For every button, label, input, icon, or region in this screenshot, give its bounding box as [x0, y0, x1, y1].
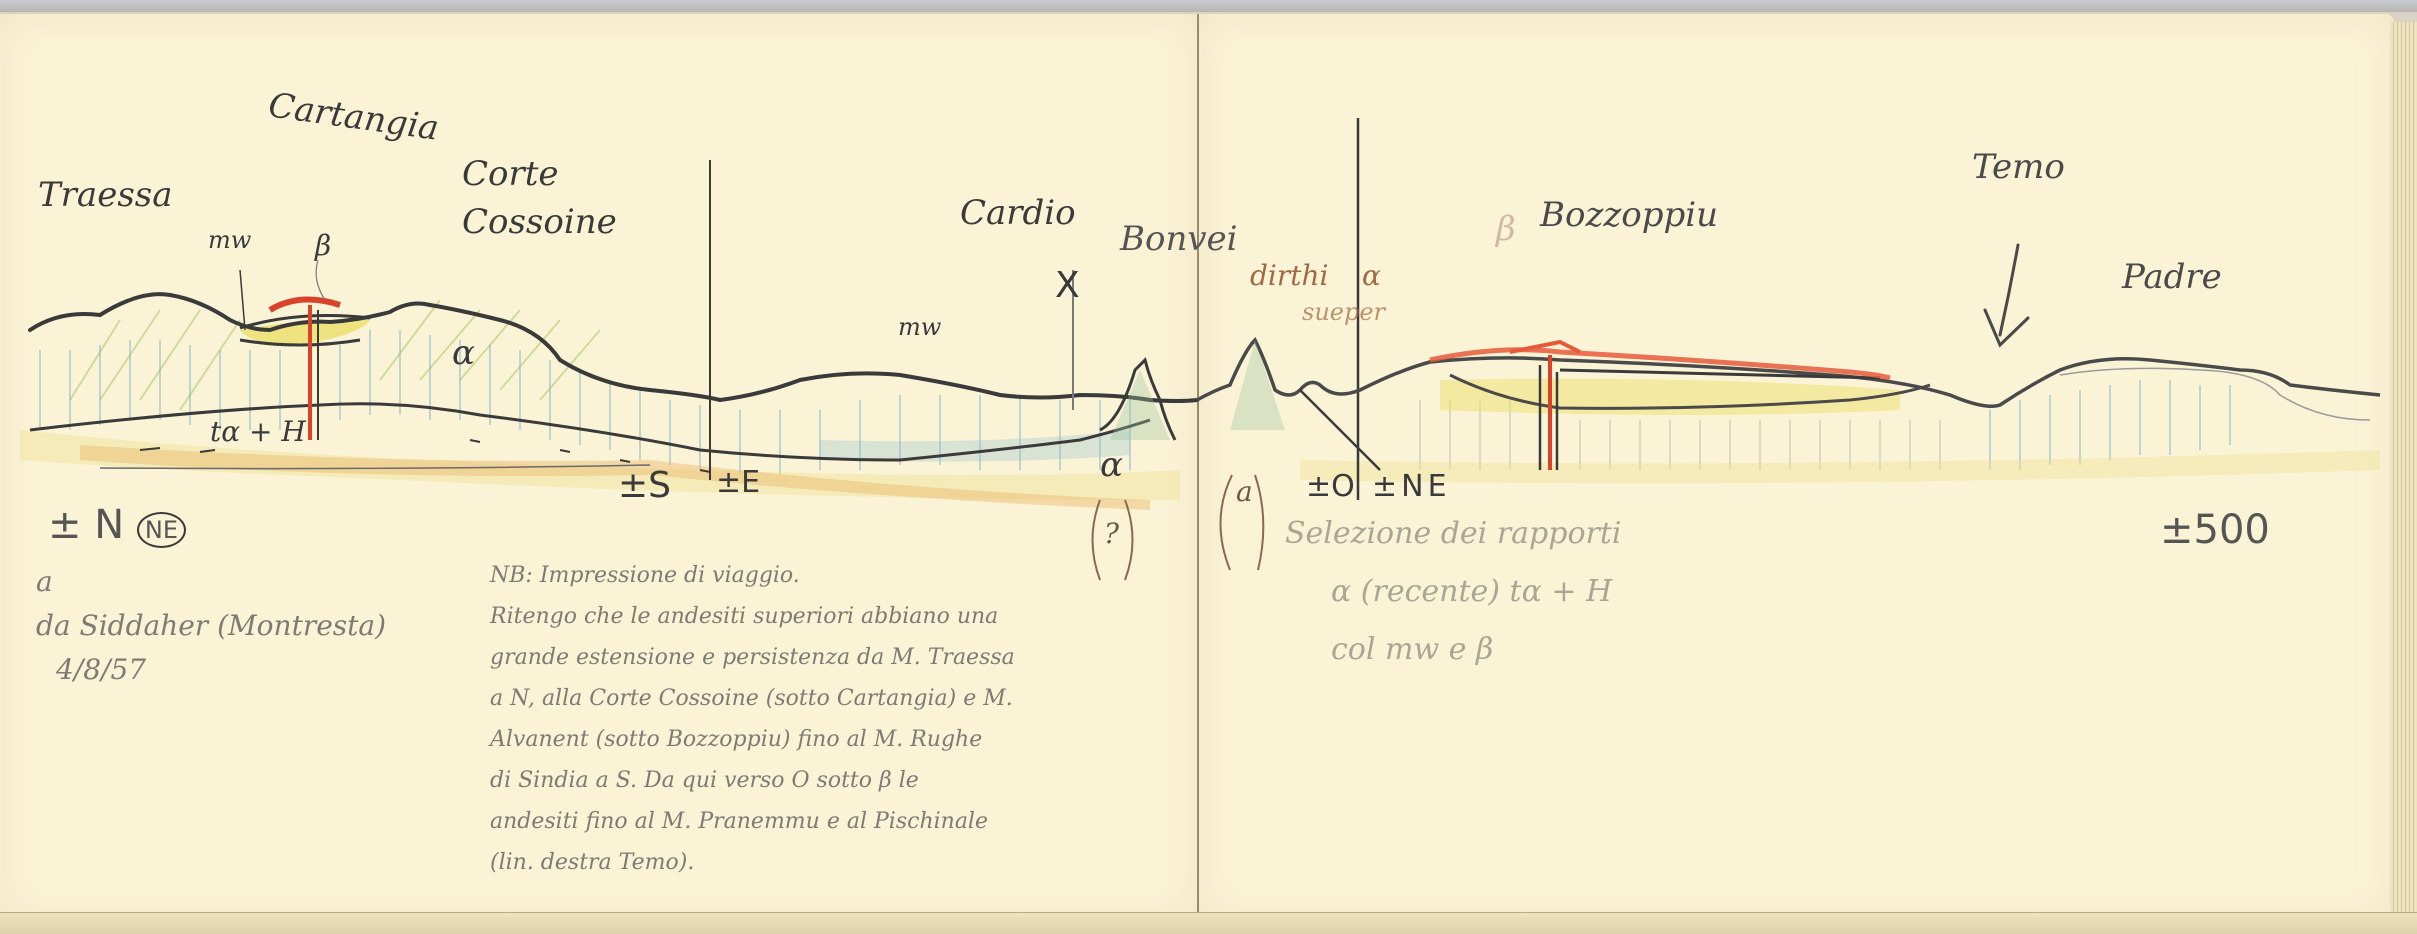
label-cardio: Cardio — [960, 196, 1076, 230]
label-mw: mw — [208, 228, 251, 252]
label-beta: β — [315, 232, 331, 260]
label-sueper: sueper — [1302, 300, 1385, 324]
label-pm-ne: ±NE — [1372, 472, 1451, 502]
nb-note-line: a N, alla Corte Cossoine (sotto Cartangi… — [490, 678, 1015, 719]
direction-circled: NE — [137, 512, 186, 548]
panorama-sketch — [0, 0, 2417, 934]
label-padre: Padre — [2122, 260, 2222, 294]
label-temo: Temo — [1972, 150, 2065, 184]
skyline-left — [30, 294, 1197, 401]
nb-note-line: grande estensione e persistenza da M. Tr… — [490, 637, 1015, 678]
red-cap-left — [270, 300, 340, 310]
nb-note-line: (lin. destra Temo). — [490, 842, 1015, 883]
nb-note-line: NB: Impressione di viaggio. — [490, 555, 1015, 596]
nb-note-line: andesiti fino al M. Pranemmu e al Pischi… — [490, 801, 1015, 842]
dirthi-pinnacle-wash — [1230, 340, 1285, 430]
label-alpha-slope: α — [452, 336, 475, 370]
nb-note-line: Ritengo che le andesiti superiori abbian… — [490, 596, 1015, 637]
blue-wash-center — [820, 430, 1130, 462]
label-question: ? — [1104, 520, 1119, 548]
location-note: a da Siddaher (Montresta) 4/8/57 — [36, 560, 386, 692]
label-pm-0: ±O — [1306, 472, 1355, 502]
label-pm-500: ±500 — [2160, 510, 2270, 550]
padre-inner-ridge — [2060, 368, 2370, 420]
nb-note-line: di Sindia a S. Da qui verso O sotto β le — [490, 760, 1015, 801]
selection-note-line: Selezione dei rapporti — [1285, 505, 1622, 563]
label-x-mark: X — [1055, 268, 1080, 304]
label-bozzoppiu: Bozzoppiu — [1540, 198, 1718, 232]
label-alpha-top: α — [1362, 262, 1381, 290]
label-t-alpha-h: tα + H — [210, 418, 306, 446]
selection-note-line: col mw e β — [1285, 621, 1622, 679]
label-paren-a: a — [1236, 478, 1253, 506]
beta-leader-line — [316, 260, 325, 300]
label-direction: ± N NE — [48, 505, 186, 548]
direction-text: ± N — [48, 502, 124, 548]
label-alpha-base: α — [1100, 448, 1123, 482]
mw-leader-line — [240, 270, 245, 330]
nb-note-line: Alvanent (sotto Bozzoppiu) fino al M. Ru… — [490, 719, 1015, 760]
temo-arrow — [1985, 245, 2028, 345]
label-beta-faint: β — [1496, 212, 1516, 246]
label-pm-e: ±E — [716, 468, 760, 498]
selection-note: Selezione dei rapporti α (recente) tα + … — [1285, 505, 1622, 679]
location-note-line: a — [36, 560, 386, 604]
location-date: 4/8/57 — [36, 648, 386, 692]
fault-diagonal — [1300, 390, 1380, 470]
label-mw-right: mw — [898, 315, 941, 339]
label-dirthi: dirthi — [1250, 262, 1329, 290]
label-traessa: Traessa — [38, 178, 173, 212]
yellow-wash-right-low — [1300, 450, 2380, 483]
label-corte-cossoine: Corte Cossoine — [462, 150, 612, 246]
nb-note: NB: Impressione di viaggio. Ritengo che … — [490, 555, 1015, 883]
selection-note-line: α (recente) tα + H — [1285, 563, 1622, 621]
location-note-line: da Siddaher (Montresta) — [36, 604, 386, 648]
label-pm-s: ±S — [618, 468, 671, 504]
label-bonvei: Bonvei — [1120, 222, 1238, 256]
